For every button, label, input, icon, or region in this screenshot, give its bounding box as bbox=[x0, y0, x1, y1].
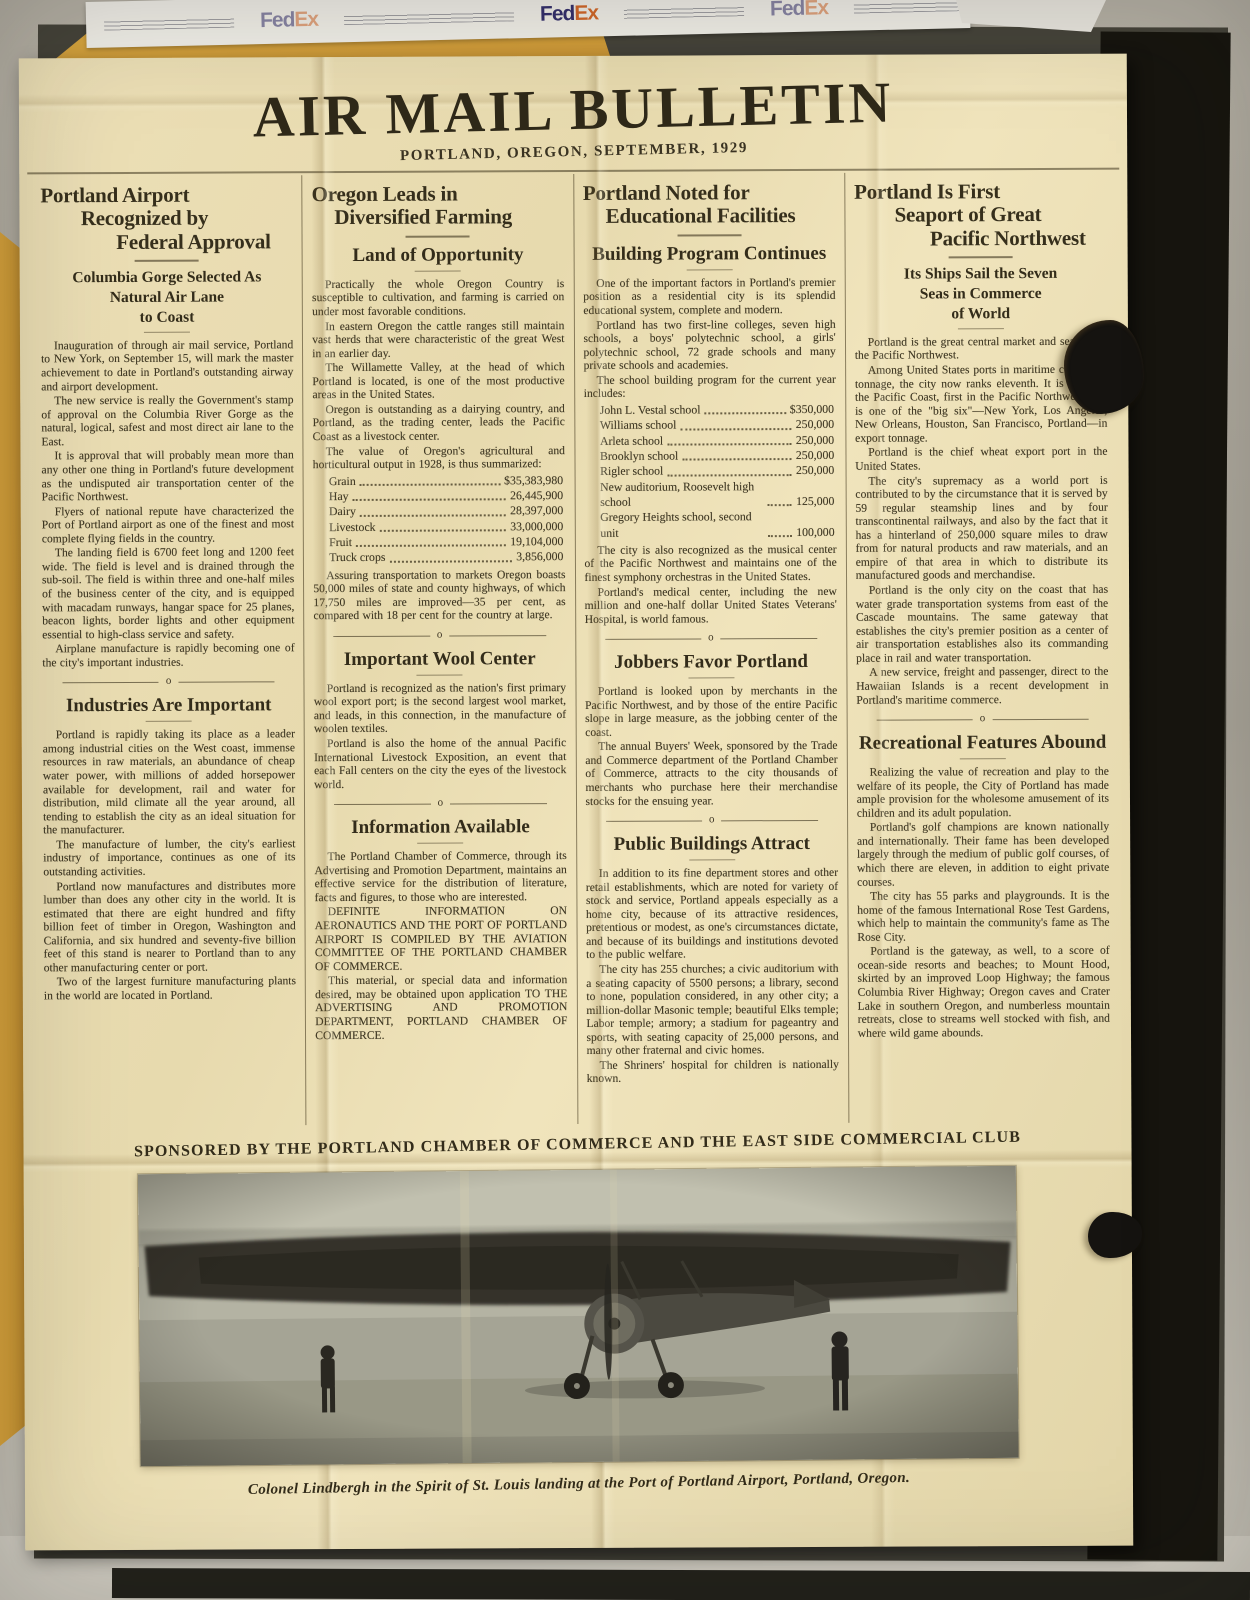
table-row: Brooklyn school250,000 bbox=[600, 448, 834, 464]
dot-leader bbox=[768, 535, 792, 537]
text-line: Seas in Commerce bbox=[854, 284, 1106, 305]
table-row-label: Hay bbox=[329, 489, 349, 504]
article-body: The Portland Chamber of Commerce, throug… bbox=[314, 849, 567, 1042]
table-row-value: $350,000 bbox=[790, 402, 834, 418]
text-line: Recognized by bbox=[40, 207, 292, 232]
column-4: Portland Is FirstSeaport of GreatPacific… bbox=[844, 172, 1119, 1123]
fine-print-bars bbox=[624, 5, 744, 19]
divider bbox=[418, 843, 464, 844]
table-row-value: 250,000 bbox=[796, 463, 834, 478]
table-edge-strip bbox=[112, 1568, 1250, 1600]
table-row-label: Dairy bbox=[329, 504, 356, 519]
paper-hole-top bbox=[1064, 320, 1144, 414]
section-head: Important Wool Center bbox=[314, 649, 566, 671]
column-3: Portland Noted forEducational Facilities… bbox=[573, 173, 848, 1124]
paragraph: DEFINITE INFORMATION ON AERONAUTICS AND … bbox=[315, 904, 568, 973]
table-row-value: $35,383,980 bbox=[504, 473, 563, 489]
divider bbox=[146, 721, 192, 722]
paragraph: The manufacture of lumber, the city's ea… bbox=[43, 837, 295, 879]
paragraph: Portland is the chief wheat export port … bbox=[855, 445, 1107, 473]
text-line: Portland Airport bbox=[40, 183, 292, 208]
dot-leader bbox=[682, 458, 792, 460]
table-row: Livestock33,000,000 bbox=[329, 519, 563, 535]
ornament-o bbox=[437, 630, 443, 641]
photo-caption: Colonel Lindbergh in the Spirit of St. L… bbox=[25, 1466, 1133, 1503]
divider bbox=[689, 859, 735, 860]
table-row-value: 125,000 bbox=[796, 494, 834, 509]
table-row-value: 33,000,000 bbox=[510, 519, 563, 535]
ornament-o bbox=[438, 799, 444, 810]
paragraph: The value of Oregon's agricultural and h… bbox=[313, 444, 565, 472]
text-line: of World bbox=[855, 304, 1107, 325]
fedex-logo: FedEx bbox=[260, 8, 319, 33]
divider bbox=[415, 270, 461, 271]
table-row-value: 26,445,900 bbox=[510, 488, 563, 504]
column-2: Oregon Leads inDiversified Farming Land … bbox=[302, 174, 577, 1125]
fedex-logo: FedEx bbox=[770, 0, 829, 22]
text-line: Its Ships Sail the Seven bbox=[854, 264, 1106, 285]
airplane-illustration bbox=[138, 1166, 1019, 1466]
text-line: Oregon Leads in bbox=[312, 182, 564, 207]
headline: Portland AirportRecognized byFederal App… bbox=[40, 183, 293, 255]
column-1: Portland AirportRecognized byFederal App… bbox=[31, 175, 305, 1126]
headline: Portland Noted forEducational Facilities bbox=[583, 181, 835, 229]
article-body: Inauguration of through air mail service… bbox=[41, 338, 295, 670]
divider bbox=[686, 269, 732, 270]
article-body: Portland is rapidly taking its place as … bbox=[43, 728, 296, 1003]
paragraph: Two of the largest furniture manufacturi… bbox=[44, 975, 296, 1003]
dot-leader bbox=[380, 529, 507, 532]
table-row: Grain$35,383,980 bbox=[329, 473, 563, 489]
headline: Portland Is FirstSeaport of GreatPacific… bbox=[854, 180, 1107, 252]
table-row-label: Livestock bbox=[329, 520, 376, 536]
table-row-value: 3,856,000 bbox=[516, 549, 563, 565]
paragraph: Portland's medical center, including the… bbox=[585, 584, 837, 626]
paragraph: Inauguration of through air mail service… bbox=[41, 338, 293, 393]
divider bbox=[960, 758, 1006, 759]
table-row-value: 100,000 bbox=[796, 524, 834, 539]
ornament-o bbox=[166, 677, 172, 688]
text-line: Federal Approval bbox=[41, 230, 293, 255]
article-body: Portland is looked upon by merchants in … bbox=[585, 684, 838, 808]
article-body: One of the important factors in Portland… bbox=[583, 276, 836, 401]
table-row: New auditorium, Roosevelt high school125… bbox=[600, 478, 834, 510]
table-row: Rigler school250,000 bbox=[600, 463, 834, 479]
section-head: Information Available bbox=[314, 817, 566, 839]
article-body: Practically the whole Oregon Country is … bbox=[312, 277, 565, 472]
dot-leader bbox=[353, 499, 507, 502]
table-row: Truck crops3,856,000 bbox=[329, 549, 563, 565]
article-body: The city is also recognized as the music… bbox=[584, 543, 837, 626]
paragraph: Portland is the gateway, as well, to a s… bbox=[857, 944, 1110, 1040]
text-line: Portland Noted for bbox=[583, 181, 835, 206]
dot-leader bbox=[680, 428, 791, 430]
ornament-divider bbox=[605, 633, 817, 645]
section-head: Land of Opportunity bbox=[312, 245, 564, 267]
table-row-label: New auditorium, Roosevelt high school bbox=[600, 479, 764, 510]
fedex-logo: FedEx bbox=[540, 1, 599, 26]
article-body: Realizing the value of recreation and pl… bbox=[857, 765, 1110, 1040]
paragraph: In addition to its fine department store… bbox=[586, 866, 839, 962]
ornament-divider bbox=[334, 798, 546, 810]
dot-leader bbox=[705, 412, 786, 414]
column-layout: Portland AirportRecognized byFederal App… bbox=[31, 172, 1119, 1127]
ornament-divider bbox=[876, 714, 1088, 726]
airplane-photo bbox=[138, 1166, 1019, 1466]
divider bbox=[135, 260, 199, 262]
table-row-label: Rigler school bbox=[600, 464, 663, 480]
paragraph: This material, or special data and infor… bbox=[315, 973, 568, 1042]
paragraph: The city is also recognized as the music… bbox=[584, 543, 836, 585]
text-line: Columbia Gorge Selected As bbox=[41, 268, 293, 289]
paragraph: Portland is the only city on the coast t… bbox=[856, 583, 1109, 665]
fine-print-bars bbox=[104, 16, 234, 30]
table-row-label: Brooklyn school bbox=[600, 448, 678, 464]
divider bbox=[958, 328, 1004, 329]
table-row-label: Fruit bbox=[329, 535, 352, 550]
ornament-o bbox=[709, 816, 715, 827]
paragraph: The annual Buyers' Week, sponsored by th… bbox=[585, 739, 838, 808]
paragraph: The school building program for the curr… bbox=[584, 373, 836, 401]
ornament-o bbox=[980, 714, 986, 725]
dot-leader bbox=[360, 514, 506, 517]
table-row-value: 250,000 bbox=[796, 432, 834, 447]
table-row: Dairy28,397,000 bbox=[329, 503, 563, 519]
divider bbox=[406, 235, 470, 237]
paragraph: One of the important factors in Portland… bbox=[583, 276, 835, 318]
table-row: Gregory Heights school, second unit100,0… bbox=[600, 509, 834, 541]
table-row-value: 250,000 bbox=[796, 417, 834, 432]
table-row-value: 28,397,000 bbox=[510, 503, 563, 519]
paragraph: Realizing the value of recreation and pl… bbox=[857, 765, 1109, 820]
paragraph: The city's supremacy as a world port is … bbox=[855, 473, 1108, 583]
dot-leader bbox=[389, 560, 512, 563]
paragraph: Portland is rapidly taking its place as … bbox=[43, 728, 296, 838]
ornament-o bbox=[708, 634, 714, 645]
section-head: Industries Are Important bbox=[43, 696, 295, 718]
paragraph: A new service, freight and passenger, di… bbox=[856, 665, 1108, 707]
ornament-divider bbox=[606, 815, 818, 827]
text-line: Educational Facilities bbox=[583, 204, 835, 229]
paragraph: The landing field is 6700 feet long and … bbox=[42, 546, 295, 642]
section-head: Recreational Features Abound bbox=[856, 733, 1108, 755]
divider bbox=[948, 257, 1012, 259]
table-row-label: Gregory Heights school, second unit bbox=[600, 509, 764, 540]
paragraph: The Willamette Valley, at the head of wh… bbox=[312, 360, 564, 402]
subhead: Columbia Gorge Selected AsNatural Air La… bbox=[41, 268, 294, 329]
ornament-divider bbox=[62, 677, 274, 689]
text-line: Portland Is First bbox=[854, 180, 1106, 205]
article-body: Portland is recognized as the nation's f… bbox=[314, 681, 567, 792]
dot-leader bbox=[768, 504, 792, 506]
text-line: Pacific Northwest bbox=[854, 227, 1106, 252]
text-line: to Coast bbox=[41, 307, 293, 328]
financial-table: John L. Vestal school$350,000Williams sc… bbox=[600, 402, 835, 541]
table-row-value: 250,000 bbox=[796, 448, 834, 463]
section-head: Jobbers Favor Portland bbox=[585, 652, 837, 674]
divider bbox=[144, 332, 190, 333]
paragraph: Portland's golf champions are known nati… bbox=[857, 820, 1110, 889]
paragraph: Portland is recognized as the nation's f… bbox=[314, 681, 566, 736]
paragraph: Portland now manufactures and distribute… bbox=[43, 879, 296, 975]
table-row-label: Grain bbox=[329, 474, 356, 489]
newspaper-sheet: AIR MAIL BULLETIN PORTLAND, OREGON, SEPT… bbox=[19, 54, 1133, 1551]
paragraph: Airplane manufacture is rapidly becoming… bbox=[42, 642, 294, 670]
divider bbox=[688, 677, 734, 678]
table-row-label: Williams school bbox=[600, 418, 677, 434]
paragraph: The city has 55 parks and playgrounds. I… bbox=[857, 889, 1109, 944]
paragraph: The new service is really the Government… bbox=[41, 393, 293, 448]
paragraph: Practically the whole Oregon Country is … bbox=[312, 277, 564, 319]
dot-leader bbox=[667, 474, 792, 477]
financial-table: Grain$35,383,980Hay26,445,900Dairy28,397… bbox=[329, 473, 564, 566]
paragraph: It is approval that will probably mean m… bbox=[41, 449, 293, 504]
text-line: Natural Air Lane bbox=[41, 287, 293, 308]
table-row: Fruit19,104,000 bbox=[329, 534, 563, 550]
paragraph: Flyers of national repute have character… bbox=[42, 504, 294, 546]
paragraph: Assuring transportation to markets Orego… bbox=[313, 568, 565, 623]
dot-leader bbox=[667, 443, 792, 446]
table-row: Arleta school250,000 bbox=[600, 432, 834, 448]
section-head: Building Program Continues bbox=[583, 244, 835, 266]
divider bbox=[417, 674, 463, 675]
ornament-divider bbox=[334, 630, 546, 642]
photographed-scene: FedEx FedEx FedEx AIR MAIL BULLETIN PORT… bbox=[0, 0, 1250, 1600]
paragraph: Portland has two first-line colleges, se… bbox=[583, 317, 835, 372]
paragraph: Oregon is outstanding as a dairying coun… bbox=[313, 402, 565, 444]
subhead: Its Ships Sail the SevenSeas in Commerce… bbox=[854, 264, 1107, 325]
table-row-label: Truck crops bbox=[329, 550, 385, 566]
dot-leader bbox=[360, 483, 500, 486]
headline: Oregon Leads inDiversified Farming bbox=[312, 182, 564, 230]
dot-leader bbox=[356, 545, 506, 548]
article-body: In addition to its fine department store… bbox=[586, 866, 839, 1086]
table-row: Williams school250,000 bbox=[600, 417, 834, 433]
sponsor-line: SPONSORED BY THE PORTLAND CHAMBER OF COM… bbox=[23, 1127, 1131, 1163]
text-line: Diversified Farming bbox=[312, 205, 564, 230]
masthead: AIR MAIL BULLETIN PORTLAND, OREGON, SEPT… bbox=[18, 43, 1128, 174]
paragraph: In eastern Oregon the cattle ranges stil… bbox=[312, 319, 564, 361]
table-row-label: Arleta school bbox=[600, 433, 663, 449]
paragraph: Portland is looked upon by merchants in … bbox=[585, 684, 837, 739]
text-line: Seaport of Great bbox=[854, 203, 1106, 228]
fine-print-bars bbox=[344, 10, 514, 25]
table-row-value: 19,104,000 bbox=[510, 534, 563, 550]
article-body: Assuring transportation to markets Orego… bbox=[313, 568, 565, 623]
paragraph: The Shriners' hospital for children is n… bbox=[587, 1058, 839, 1086]
divider bbox=[677, 234, 741, 236]
paragraph: The Portland Chamber of Commerce, throug… bbox=[314, 849, 566, 904]
section-head: Public Buildings Attract bbox=[586, 834, 838, 856]
paragraph: Portland is also the home of the annual … bbox=[314, 736, 566, 791]
table-row: John L. Vestal school$350,000 bbox=[600, 402, 834, 418]
table-row-label: John L. Vestal school bbox=[600, 402, 701, 418]
paragraph: The city has 255 churches; a civic audit… bbox=[586, 962, 839, 1058]
table-row: Hay26,445,900 bbox=[329, 488, 563, 504]
